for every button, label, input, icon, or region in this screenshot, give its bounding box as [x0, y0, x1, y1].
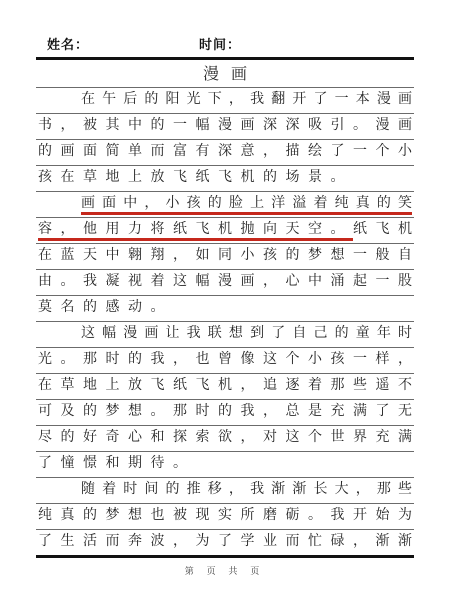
essay-line: 在草地上放飞纸飞机，追逐着那些遥不	[36, 374, 414, 400]
essay-line: 光。那时的我，也曾像这个小孩一样，	[36, 348, 414, 374]
essay-line: 尽的好奇心和探索欲，对这个世界充满	[36, 426, 414, 452]
underlined-text-segment: 画面中，小孩的脸上洋溢着纯真的笑	[81, 195, 412, 215]
text-segment: 了生活而奔波，为了学业而忙碌，渐渐	[38, 533, 412, 549]
essay-line: 的画面简单而富有深意，描绘了一个小	[36, 140, 414, 166]
text-segment: 由。我凝视着这幅漫画，心中涌起一股	[38, 273, 412, 289]
text-segment: 光。那时的我，也曾像这个小孩一样，	[38, 351, 412, 367]
essay-title: 漫画	[203, 64, 259, 83]
essay-line: 孩在草地上放飞纸飞机的场景。	[36, 166, 414, 192]
essay-line: 可及的梦想。那时的我，总是充满了无	[36, 400, 414, 426]
text-segment: 纯真的梦想也被现实所磨砺。我开始为	[38, 507, 412, 523]
footer-divider	[36, 555, 414, 558]
text-segment: 在午后的阳光下，我翻开了一本漫画	[81, 91, 412, 107]
essay-line: 由。我凝视着这幅漫画，心中涌起一股	[36, 270, 414, 296]
essay-line: 纯真的梦想也被现实所磨砺。我开始为	[36, 504, 414, 530]
time-label: 时间：	[199, 34, 241, 53]
text-segment: 在蓝天中翱翔，如同小孩的梦想一般自	[38, 247, 412, 263]
essay-line: 书，被其中的一幅漫画深深吸引。漫画	[36, 114, 414, 140]
essay-line: 莫名的感动。	[36, 296, 414, 322]
essay-line: 容，他用力将纸飞机抛向天空。纸飞机	[36, 218, 414, 244]
essay-title-row: 漫画	[36, 60, 414, 88]
essay-line: 在蓝天中翱翔，如同小孩的梦想一般自	[36, 244, 414, 270]
text-segment: 的画面简单而富有深意，描绘了一个小	[38, 143, 412, 159]
essay-line: 了生活而奔波，为了学业而忙碌，渐渐	[36, 530, 414, 555]
text-segment: 纸飞机	[353, 221, 412, 237]
page-footer: 第 页 共 页	[0, 564, 449, 577]
essay-line: 这幅漫画让我联想到了自己的童年时	[36, 322, 414, 348]
essay-body: 在午后的阳光下，我翻开了一本漫画书，被其中的一幅漫画深深吸引。漫画的画面简单而富…	[36, 88, 414, 555]
essay-line: 在午后的阳光下，我翻开了一本漫画	[36, 88, 414, 114]
text-segment: 孩在草地上放飞纸飞机的场景。	[38, 169, 353, 185]
essay-line: 了憧憬和期待。	[36, 452, 414, 478]
text-segment: 可及的梦想。那时的我，总是充满了无	[38, 403, 412, 419]
text-segment: 这幅漫画让我联想到了自己的童年时	[81, 325, 412, 341]
text-segment: 在草地上放飞纸飞机，追逐着那些遥不	[38, 377, 412, 393]
worksheet-page: 姓名： 时间： 漫画 在午后的阳光下，我翻开了一本漫画书，被其中的一幅漫画深深吸…	[0, 0, 449, 600]
text-segment: 随着时间的推移，我渐渐长大，那些	[81, 481, 412, 497]
name-label: 姓名：	[47, 34, 89, 53]
text-segment: 了憧憬和期待。	[38, 455, 196, 471]
essay-line: 画面中，小孩的脸上洋溢着纯真的笑	[36, 192, 414, 218]
essay-line: 随着时间的推移，我渐渐长大，那些	[36, 478, 414, 504]
text-segment: 尽的好奇心和探索欲，对这个世界充满	[38, 429, 412, 445]
text-segment: 书，被其中的一幅漫画深深吸引。漫画	[38, 117, 412, 133]
text-segment: 莫名的感动。	[38, 299, 173, 315]
underlined-text-segment: 容，他用力将纸飞机抛向天空。	[38, 221, 353, 241]
page-number-label: 第 页 共 页	[185, 567, 265, 577]
worksheet-header: 姓名： 时间：	[36, 34, 414, 54]
